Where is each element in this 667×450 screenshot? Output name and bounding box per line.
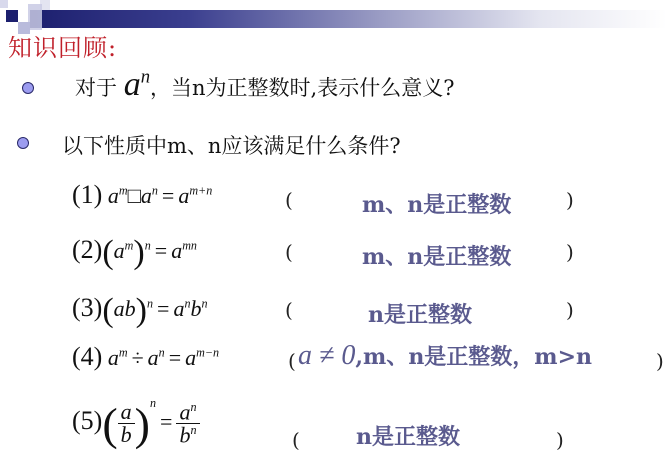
paren-open: ( bbox=[288, 349, 296, 373]
math-a-power-n: an bbox=[124, 66, 150, 103]
bullet-icon bbox=[22, 82, 34, 94]
paren-close: ) bbox=[566, 298, 574, 322]
paren-close: ) bbox=[656, 349, 664, 373]
property-3-formula: (3)(ab)n=anbn bbox=[72, 292, 208, 330]
paren-open: ( bbox=[285, 188, 293, 212]
paren-open: ( bbox=[285, 298, 293, 322]
paren-open: ( bbox=[285, 240, 293, 264]
paren-close: ) bbox=[556, 428, 564, 450]
math-a-not-zero: a ≠ 0 bbox=[298, 340, 355, 371]
question-2: 以下性质中m、n应该满足什么条件? bbox=[62, 130, 401, 160]
property-4-answer: a ≠ 0,m、n是正整数，m>n bbox=[298, 340, 592, 372]
question-1: 对于 an，当n为正整数时,表示什么意义? bbox=[75, 66, 455, 104]
property-2-answer: m、n是正整数 bbox=[362, 240, 511, 271]
property-3-answer: n是正整数 bbox=[368, 298, 472, 329]
paren-open: ( bbox=[292, 428, 300, 450]
question-1-suffix: ，当n为正整数时,表示什么意义? bbox=[150, 76, 454, 100]
bullet-icon bbox=[17, 137, 29, 149]
property-5-formula: (5)(ab)n=anbn bbox=[72, 396, 200, 450]
property-1-answer: m、n是正整数 bbox=[362, 188, 511, 219]
decor-square bbox=[28, 4, 42, 30]
property-5-answer: n是正整数 bbox=[356, 420, 460, 450]
paren-close: ) bbox=[566, 188, 574, 212]
decor-square bbox=[0, 0, 8, 8]
property-1-formula: (1) am□an=am+n bbox=[72, 180, 212, 210]
header-gradient-bar bbox=[30, 10, 667, 28]
paren-close: ) bbox=[566, 240, 574, 264]
slide-title: 知识回顾: bbox=[8, 28, 117, 63]
question-1-prefix: 对于 bbox=[75, 76, 117, 100]
property-4-formula: (4) am÷an=am−n bbox=[72, 342, 219, 372]
property-2-formula: (2)(am)n=amn bbox=[72, 234, 197, 272]
decor-square bbox=[6, 10, 18, 22]
